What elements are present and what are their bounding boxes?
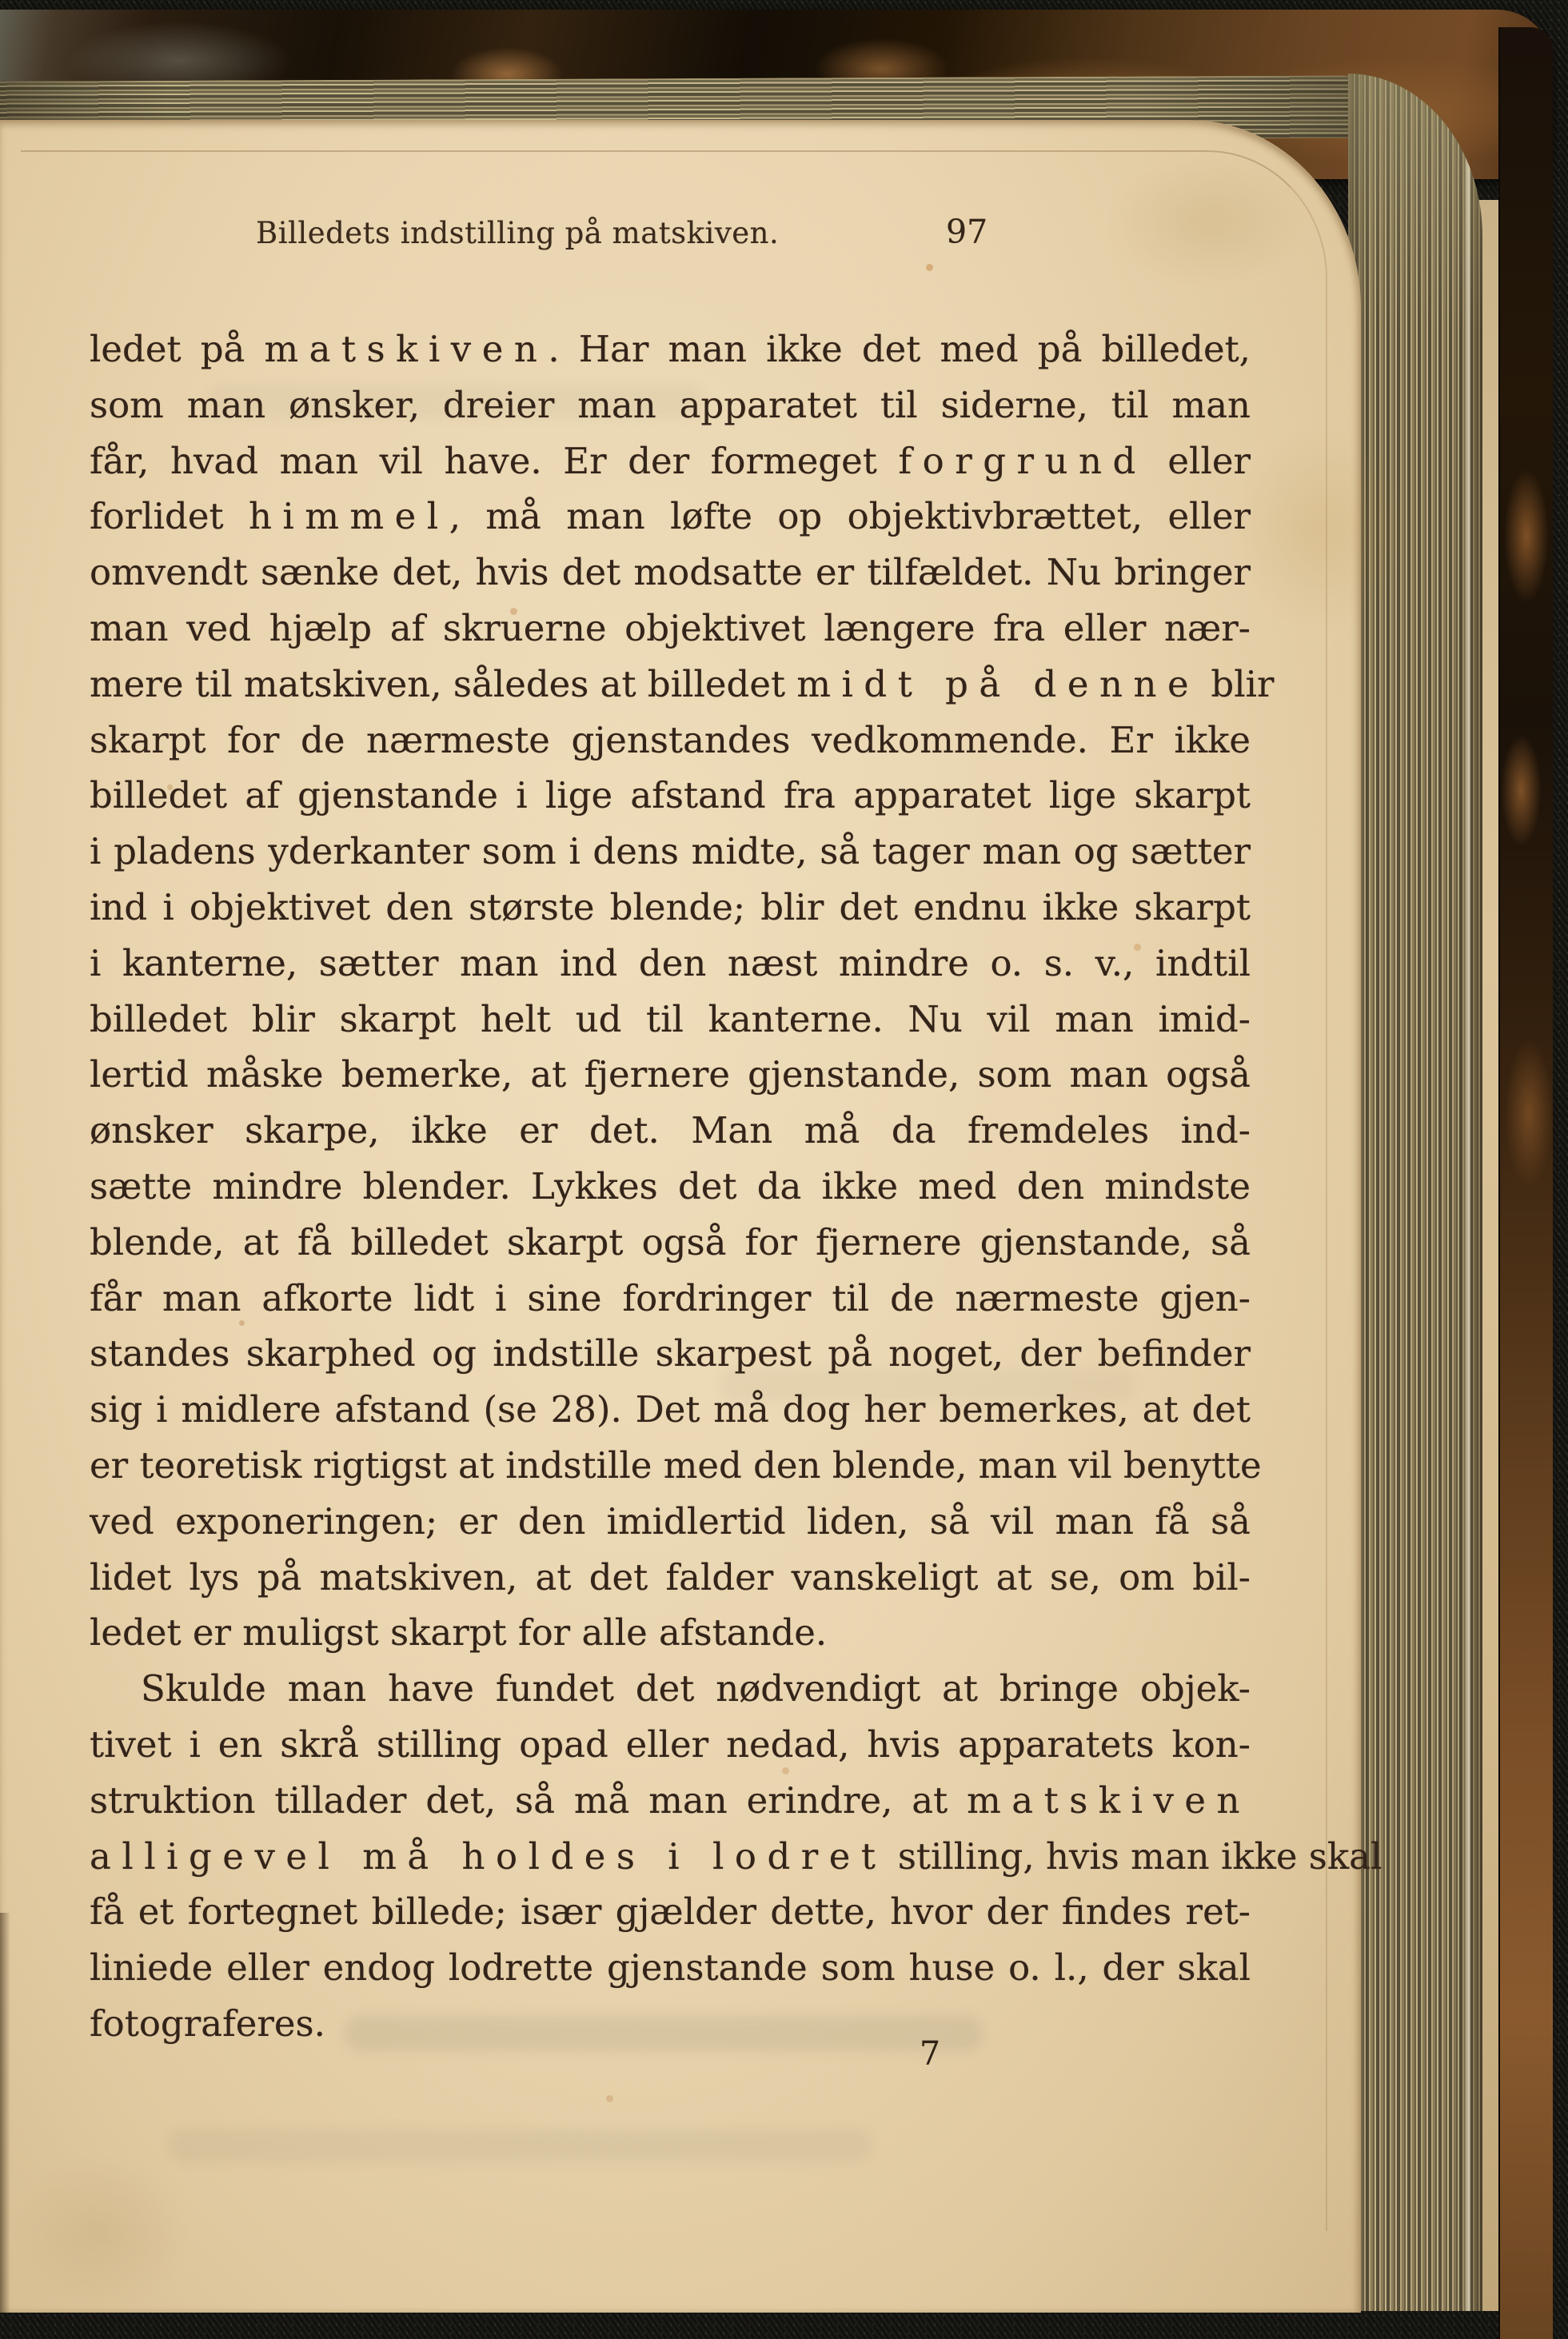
text-segment: får, hvad man vil have. Er der formeget xyxy=(90,440,898,482)
text-line: Skulde man have fundet det nødvendigt at… xyxy=(90,1661,1251,1717)
text-segment: omvendt sænke det, hvis det modsatte er … xyxy=(90,551,1251,593)
text-line: billedet blir skarpt helt ud til kantern… xyxy=(90,992,1251,1048)
paper-stain xyxy=(1231,425,1407,633)
text-line: mere til matskiven, således at billedet … xyxy=(90,657,1251,712)
page-header: Billedets indstilling på matskiven. 97 xyxy=(0,216,1361,264)
text-segment: i pladens yderkanter som i dens midte, s… xyxy=(90,830,1251,872)
gutter-shadow xyxy=(0,1913,10,2313)
text-segment: , må man løfte op objektivbrættet, eller xyxy=(449,495,1251,537)
text-segment: ledet er muligst skarpt for alle afstand… xyxy=(90,1611,827,1654)
text-segment: billedet af gjenstande i lige afstand fr… xyxy=(90,774,1251,816)
text-segment: stilling, hvis man ikke skal xyxy=(887,1835,1382,1878)
text-line: ved exponeringen; er den imidlertid lide… xyxy=(90,1494,1251,1550)
text-segment: man ved hjælp af skruerne objektivet læn… xyxy=(90,607,1251,649)
text-segment: forlidet xyxy=(90,495,249,537)
book-page: Billedets indstilling på matskiven. 97 l… xyxy=(0,120,1361,2313)
text-line: omvendt sænke det, hvis det modsatte er … xyxy=(90,545,1251,601)
text-segment: standes skarphed og indstille skarpest p… xyxy=(90,1332,1251,1375)
text-line: skarpt for de nærmeste gjenstandes vedko… xyxy=(90,712,1251,768)
text-line: i kanterne, sætter man ind den næst mind… xyxy=(90,936,1251,992)
text-segment: ind i objektivet den største blende; bli… xyxy=(90,886,1251,928)
text-segment: eller xyxy=(1147,440,1251,482)
text-line: forlidet himmel, må man løfte op objekti… xyxy=(90,489,1251,545)
text-segment: lertid måske bemerke, at fjernere gjenst… xyxy=(90,1053,1251,1096)
text-segment: blende, at få billedet skarpt også for f… xyxy=(90,1221,1251,1263)
text-line: som man ønsker, dreier man apparatet til… xyxy=(90,377,1251,433)
letter-spaced-text: alligevel må holdes i lodret xyxy=(90,1835,887,1878)
book-cover-right-edge xyxy=(1498,27,1553,2339)
letter-spaced-text: midt på denne xyxy=(796,663,1199,705)
text-segment: er teoretisk rigtigst at indstille med d… xyxy=(90,1444,1262,1487)
page-stack-fore-edges xyxy=(1348,74,1482,2311)
text-segment: ledet på xyxy=(90,328,264,370)
paper-stain xyxy=(8,2153,192,2313)
text-line: standes skarphed og indstille skarpest p… xyxy=(90,1326,1251,1382)
text-segment: Skulde man have fundet det nødvendigt at… xyxy=(141,1667,1251,1710)
text-segment: få et fortegnet billede; især gjælder de… xyxy=(90,1890,1251,1933)
text-line: sig i midlere afstand (se 28). Det må do… xyxy=(90,1382,1251,1438)
body-text: ledet på matskiven. Har man ikke det med… xyxy=(90,321,1251,2052)
text-segment: skarpt for de nærmeste gjenstandes vedko… xyxy=(90,719,1251,761)
text-segment: som man ønsker, dreier man apparatet til… xyxy=(90,384,1251,426)
text-segment: lidet lys på matskiven, at det falder va… xyxy=(90,1556,1251,1599)
text-segment: ønsker skarpe, ikke er det. Man må da fr… xyxy=(90,1109,1251,1152)
text-line: ledet på matskiven. Har man ikke det med… xyxy=(90,321,1251,377)
text-segment: tivet i en skrå stilling opad eller neda… xyxy=(90,1723,1251,1766)
text-line: får man afkorte lidt i sine fordringer t… xyxy=(90,1271,1251,1327)
text-line: få et fortegnet billede; især gjælder de… xyxy=(90,1884,1251,1940)
text-line: liniede eller endog lodrette gjenstande … xyxy=(90,1940,1251,1996)
show-through-smudge xyxy=(168,2129,872,2162)
letter-spaced-text: matskiven xyxy=(967,1779,1251,1822)
text-segment: i kanterne, sætter man ind den næst mind… xyxy=(90,942,1251,984)
text-line: ind i objektivet den største blende; bli… xyxy=(90,880,1251,936)
text-line: fotograferes. xyxy=(90,1996,1251,2052)
text-line: lidet lys på matskiven, at det falder va… xyxy=(90,1550,1251,1606)
text-segment: liniede eller endog lodrette gjenstande … xyxy=(90,1946,1251,1989)
running-head: Billedets indstilling på matskiven. xyxy=(256,216,779,250)
text-segment: . Har man ikke det med på billedet, xyxy=(548,328,1251,370)
text-segment: billedet blir skarpt helt ud til kantern… xyxy=(90,998,1251,1040)
text-line: i pladens yderkanter som i dens midte, s… xyxy=(90,824,1251,880)
text-line: man ved hjælp af skruerne objektivet læn… xyxy=(90,601,1251,657)
text-segment: fotograferes. xyxy=(90,2002,325,2045)
text-segment: sætte mindre blender. Lykkes det da ikke… xyxy=(90,1165,1251,1207)
text-line: billedet af gjenstande i lige afstand fr… xyxy=(90,768,1251,824)
text-line: lertid måske bemerke, at fjernere gjenst… xyxy=(90,1047,1251,1103)
text-segment: sig i midlere afstand (se 28). Det må do… xyxy=(90,1388,1251,1431)
text-segment: ved exponeringen; er den imidlertid lide… xyxy=(90,1500,1251,1543)
text-line: alligevel må holdes i lodret stilling, h… xyxy=(90,1829,1251,1885)
text-line: får, hvad man vil have. Er der formeget … xyxy=(90,433,1251,489)
signature-mark: 7 xyxy=(920,2034,940,2073)
text-line: blende, at få billedet skarpt også for f… xyxy=(90,1215,1251,1271)
text-line: struktion tillader det, så må man erindr… xyxy=(90,1773,1251,1829)
letter-spaced-text: matskiven xyxy=(264,328,548,370)
text-line: ledet er muligst skarpt for alle afstand… xyxy=(90,1605,1251,1661)
text-segment: struktion tillader det, så må man erindr… xyxy=(90,1779,967,1822)
text-line: ønsker skarpe, ikke er det. Man må da fr… xyxy=(90,1103,1251,1159)
text-segment: blir xyxy=(1199,663,1274,705)
text-line: er teoretisk rigtigst at indstille med d… xyxy=(90,1438,1251,1494)
text-line: sætte mindre blender. Lykkes det da ikke… xyxy=(90,1159,1251,1215)
text-segment: får man afkorte lidt i sine fordringer t… xyxy=(90,1277,1251,1319)
letter-spaced-text: himmel xyxy=(249,495,449,537)
page-number: 97 xyxy=(946,213,987,251)
foxing-specks xyxy=(0,122,4,126)
letter-spaced-text: forgrund xyxy=(898,440,1146,482)
text-line: tivet i en skrå stilling opad eller neda… xyxy=(90,1717,1251,1773)
text-segment: mere til matskiven, således at billedet xyxy=(90,663,796,705)
scanned-book-photo: { "colors": { "paper": "#e9d5b0", "ink":… xyxy=(0,0,1568,2339)
